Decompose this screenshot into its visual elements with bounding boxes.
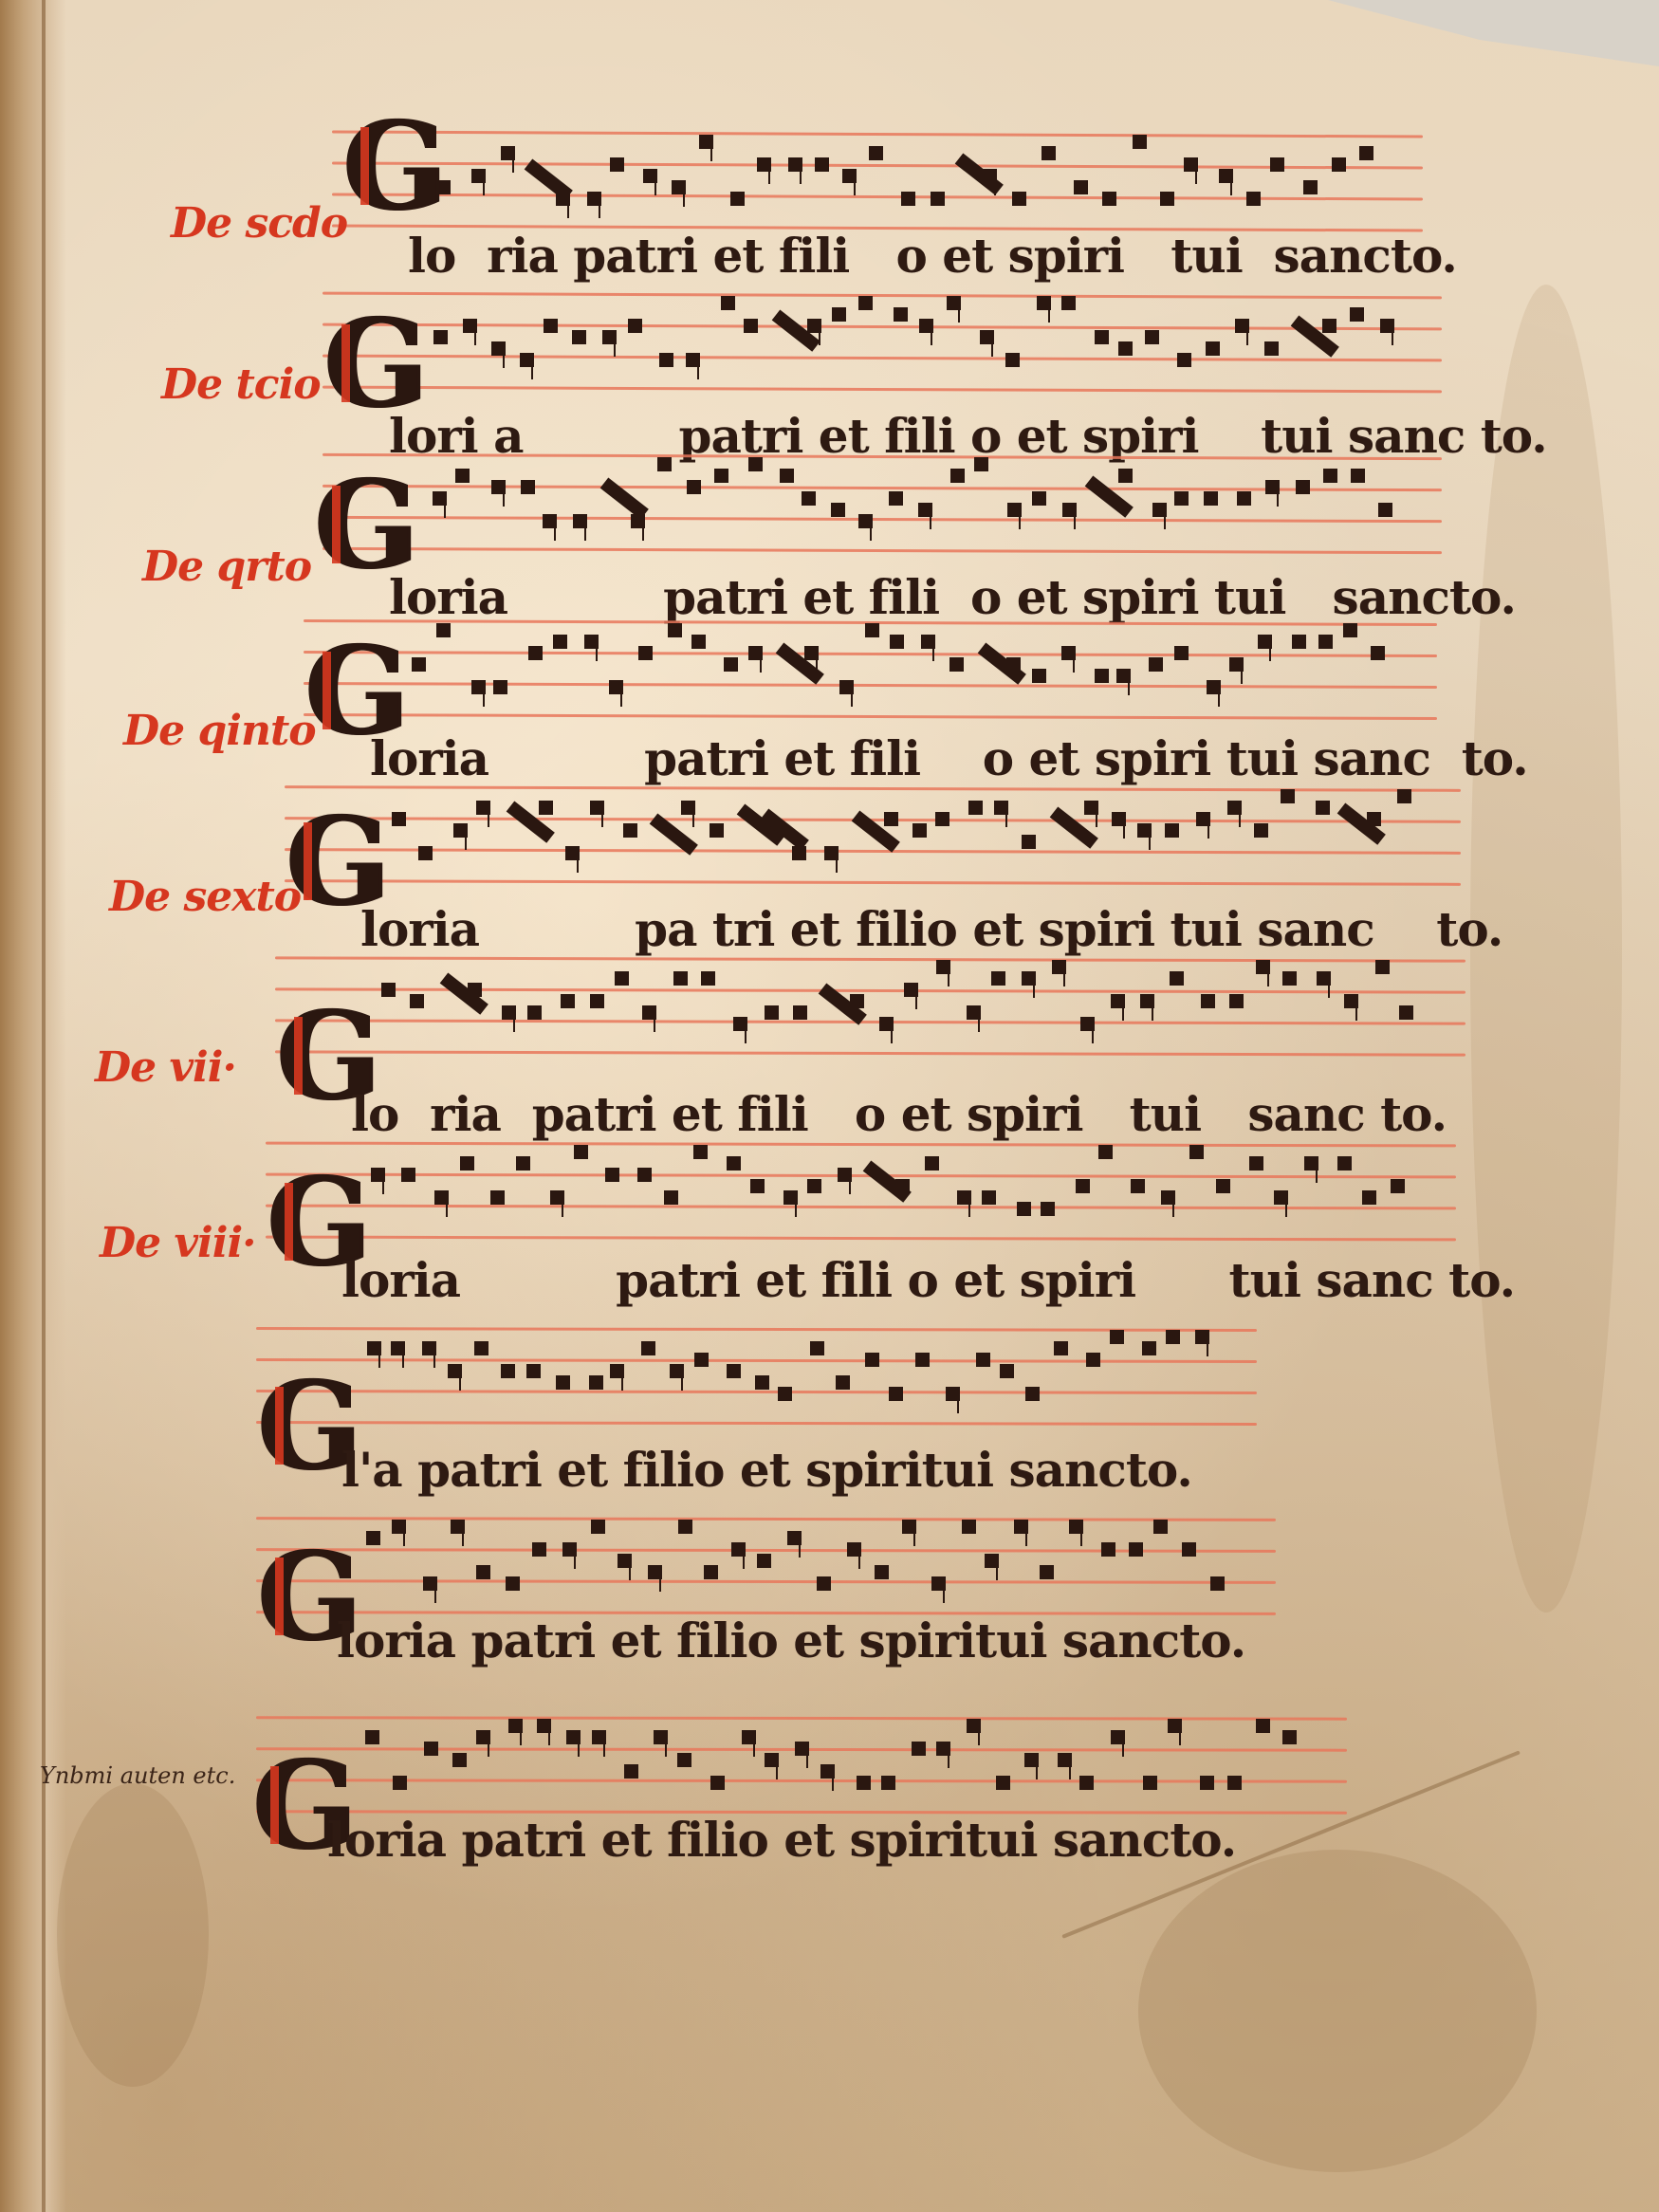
square-neume (1133, 135, 1147, 149)
staff-line (266, 1205, 1456, 1210)
square-neume (452, 1753, 467, 1767)
square-neume (1041, 146, 1056, 160)
square-neume (1200, 1776, 1214, 1790)
square-neume (838, 1168, 852, 1182)
square-neume (623, 823, 637, 838)
staff (323, 294, 1442, 385)
square-neume (1129, 1542, 1143, 1557)
square-neume (668, 623, 682, 637)
square-neume (501, 1364, 515, 1378)
initial-red-stroke (294, 1017, 303, 1095)
square-neume (455, 469, 470, 483)
square-neume (742, 1730, 756, 1744)
square-neume (869, 146, 883, 160)
square-neume (673, 971, 688, 986)
square-neume (1037, 296, 1051, 310)
square-neume (1362, 1190, 1376, 1205)
square-neume (590, 994, 604, 1008)
square-neume (792, 846, 806, 860)
square-neume (865, 1353, 879, 1367)
square-neume (1095, 330, 1109, 344)
square-neume (991, 971, 1005, 986)
square-neume (1166, 1330, 1180, 1344)
square-neume (1227, 1776, 1242, 1790)
square-neume (556, 1375, 570, 1390)
square-neume (1195, 1330, 1209, 1344)
staff-line (256, 1548, 1276, 1553)
square-neume (881, 1776, 895, 1790)
decorated-initial: G (313, 465, 416, 586)
square-neume (865, 623, 879, 637)
square-neume (765, 1005, 779, 1020)
square-neume (1254, 823, 1268, 838)
square-neume (528, 646, 543, 660)
square-neume (795, 1742, 809, 1756)
square-neume (724, 657, 738, 672)
square-neume (1303, 180, 1318, 194)
square-neume (1118, 469, 1133, 483)
square-neume (1227, 801, 1242, 815)
square-neume (889, 491, 903, 506)
square-neume (793, 1005, 807, 1020)
square-neume (931, 1576, 946, 1591)
staff-line (256, 1716, 1347, 1720)
square-neume (433, 491, 447, 506)
square-neume (1323, 469, 1337, 483)
square-neume (1024, 1753, 1039, 1767)
square-neume (755, 1375, 769, 1390)
square-neume (1110, 1330, 1124, 1344)
binding-gutter (0, 0, 66, 2212)
square-neume (609, 680, 623, 694)
square-neume (392, 812, 406, 826)
square-neume (710, 1776, 725, 1790)
square-neume (839, 680, 854, 694)
square-neume (618, 1554, 632, 1568)
square-neume (1079, 1776, 1094, 1790)
square-neume (371, 1168, 385, 1182)
square-neume (493, 680, 507, 694)
square-neume (788, 157, 802, 172)
square-neume (1025, 1387, 1040, 1401)
chant-lyrics: l'a patri et filio et spiritui sancto. (341, 1442, 1192, 1498)
square-neume (410, 994, 424, 1008)
initial-red-stroke (270, 1766, 279, 1844)
square-neume (1022, 835, 1036, 849)
square-neume (453, 823, 468, 838)
square-neume (686, 353, 700, 367)
rubric-mode-label: De qinto (123, 707, 316, 755)
square-neume (436, 623, 451, 637)
square-neume (1249, 1156, 1263, 1171)
square-neume (401, 1168, 415, 1182)
staff-line (266, 1142, 1456, 1148)
square-neume (532, 1542, 546, 1557)
rubric-mode-label: De scdo (171, 199, 347, 248)
square-neume (1080, 1017, 1095, 1031)
square-neume (912, 1742, 926, 1756)
square-neume (950, 469, 965, 483)
square-neume (476, 1565, 490, 1579)
square-neume (1332, 157, 1346, 172)
square-neume (1359, 146, 1373, 160)
square-neume (730, 192, 745, 206)
staff-line (256, 1358, 1257, 1363)
square-neume (1084, 801, 1098, 815)
stain (57, 1783, 209, 2087)
square-neume (879, 1017, 894, 1031)
square-neume (422, 1341, 436, 1355)
square-neume (1196, 812, 1210, 826)
square-neume (490, 1190, 505, 1205)
square-neume (699, 135, 713, 149)
chant-lyrics: loria patri et fili o et spiri tui sanc … (370, 730, 1528, 786)
square-neume (1017, 1202, 1031, 1216)
square-neume (1152, 503, 1167, 517)
square-neume (544, 319, 558, 333)
staff-line (256, 1517, 1276, 1521)
square-neume (424, 1742, 438, 1756)
square-neume (393, 1776, 407, 1790)
initial-red-stroke (341, 324, 350, 402)
square-neume (1318, 635, 1333, 649)
square-neume (537, 1719, 551, 1733)
square-neume (1219, 169, 1233, 183)
square-neume (1007, 503, 1022, 517)
square-neume (1282, 971, 1297, 986)
square-neume (556, 192, 570, 206)
square-neume (1142, 1341, 1156, 1355)
square-neume (1317, 971, 1331, 986)
square-neume (631, 514, 645, 528)
square-neume (1149, 657, 1163, 672)
square-neume (919, 319, 933, 333)
square-neume (566, 1730, 581, 1744)
initial-red-stroke (323, 652, 331, 729)
square-neume (980, 330, 994, 344)
square-neume (1397, 789, 1411, 803)
chant-lyrics: loria patri et filio et spiritui sancto. (327, 1812, 1236, 1868)
staff-line (323, 516, 1442, 523)
square-neume (1160, 192, 1174, 206)
square-neume (1101, 1542, 1115, 1557)
square-neume (628, 319, 642, 333)
square-neume (850, 994, 864, 1008)
square-neume (516, 1156, 530, 1171)
square-neume (677, 1753, 691, 1767)
square-neume (539, 801, 553, 815)
square-neume (804, 646, 819, 660)
square-neume (476, 801, 490, 815)
square-neume (936, 960, 950, 974)
square-neume (572, 330, 586, 344)
square-neume (968, 801, 983, 815)
rubric-mode-label: De vii· (95, 1043, 236, 1092)
ligature-neume (600, 477, 649, 519)
square-neume (520, 353, 534, 367)
staff-line (256, 1390, 1257, 1394)
square-neume (460, 1156, 474, 1171)
square-neume (967, 1719, 981, 1733)
square-neume (1041, 1202, 1055, 1216)
square-neume (1216, 1179, 1230, 1193)
square-neume (1112, 812, 1126, 826)
square-neume (1098, 1145, 1113, 1159)
square-neume (1014, 1520, 1028, 1534)
rubric-mode-label: De qrto (142, 543, 311, 591)
square-neume (925, 1156, 939, 1171)
square-neume (1274, 1190, 1288, 1205)
square-neume (1061, 646, 1076, 660)
square-neume (1012, 192, 1026, 206)
square-neume (1399, 1005, 1413, 1020)
square-neume (858, 296, 873, 310)
square-neume (562, 1542, 577, 1557)
staff (256, 1717, 1347, 1808)
square-neume (1032, 669, 1046, 683)
square-neume (750, 1179, 765, 1193)
square-neume (946, 1387, 960, 1401)
chant-lyrics: lo ria patri et fili o et spiri tui sanc… (351, 1086, 1447, 1142)
square-neume (783, 1190, 798, 1205)
square-neume (624, 1764, 638, 1779)
square-neume (1189, 1145, 1204, 1159)
square-neume (857, 1776, 871, 1790)
square-neume (412, 657, 426, 672)
square-neume (744, 319, 758, 333)
square-neume (367, 1341, 381, 1355)
staff-line (332, 161, 1423, 169)
square-neume (931, 192, 945, 206)
square-neume (1351, 469, 1365, 483)
staff-line (304, 651, 1437, 657)
square-neume (1201, 994, 1215, 1008)
square-neume (949, 657, 964, 672)
initial-red-stroke (332, 486, 341, 563)
square-neume (366, 1531, 380, 1545)
staff-line (275, 956, 1465, 962)
square-neume (733, 1017, 747, 1031)
square-neume (1322, 319, 1336, 333)
square-neume (670, 1364, 684, 1378)
square-neume (1040, 1565, 1054, 1579)
chant-lyrics: lo ria patri et fili o et spiri tui sanc… (408, 228, 1457, 284)
square-neume (521, 480, 535, 494)
square-neume (657, 457, 672, 471)
square-neume (1174, 646, 1189, 660)
square-neume (605, 1168, 619, 1182)
manuscript-page: De scdoGlo ria patri et fili o et spiri … (0, 0, 1659, 2212)
square-neume (1258, 635, 1272, 649)
square-neume (780, 469, 794, 483)
staff-line (256, 1579, 1276, 1584)
staff-line (332, 130, 1423, 138)
square-neume (1281, 789, 1295, 803)
square-neume (610, 157, 624, 172)
square-neume (1237, 491, 1251, 506)
square-neume (731, 1542, 746, 1557)
square-neume (807, 1179, 821, 1193)
square-neume (1131, 1179, 1145, 1193)
square-neume (802, 491, 816, 506)
square-neume (858, 514, 873, 528)
square-neume (1058, 1753, 1072, 1767)
square-neume (1378, 503, 1392, 517)
square-neume (912, 823, 927, 838)
square-neume (1184, 157, 1198, 172)
square-neume (1116, 669, 1131, 683)
square-neume (1207, 680, 1221, 694)
square-neume (847, 1542, 861, 1557)
square-neume (1177, 353, 1191, 367)
square-neume (1145, 330, 1159, 344)
square-neume (553, 635, 567, 649)
staff (256, 1518, 1276, 1609)
square-neume (678, 1520, 692, 1534)
staff (332, 133, 1423, 224)
square-neume (463, 319, 477, 333)
square-neume (1005, 353, 1020, 367)
square-neume (641, 1341, 655, 1355)
square-neume (1095, 669, 1109, 683)
decorated-initial: G (341, 106, 445, 228)
square-neume (589, 1375, 603, 1390)
staff (275, 958, 1465, 1049)
square-neume (391, 1341, 405, 1355)
square-neume (1111, 994, 1125, 1008)
square-neume (967, 1005, 981, 1020)
staff-line (285, 879, 1461, 886)
square-neume (561, 994, 575, 1008)
square-neume (895, 1179, 910, 1193)
square-neume (935, 812, 949, 826)
square-neume (1168, 1719, 1182, 1733)
square-neume (648, 1565, 662, 1579)
square-neume (765, 1753, 779, 1767)
square-neume (1111, 1730, 1125, 1744)
square-neume (1229, 657, 1244, 672)
square-neume (1343, 623, 1357, 637)
staff-line (323, 323, 1442, 331)
square-neume (448, 1364, 462, 1378)
square-neume (1062, 503, 1077, 517)
square-neume (476, 1730, 490, 1744)
chant-lyrics: loria patri et filio et spiritui sancto. (337, 1613, 1245, 1668)
square-neume (474, 1341, 488, 1355)
square-neume (918, 503, 932, 517)
square-neume (1170, 971, 1184, 986)
square-neume (836, 1375, 850, 1390)
initial-red-stroke (304, 822, 312, 900)
square-neume (778, 1387, 792, 1401)
square-neume (1137, 823, 1152, 838)
staff (256, 1328, 1257, 1419)
square-neume (974, 457, 988, 471)
square-neume (1371, 646, 1385, 660)
staff-line (275, 1019, 1465, 1024)
square-neume (962, 1520, 976, 1534)
initial-red-stroke (275, 1387, 284, 1465)
square-neume (365, 1730, 379, 1744)
square-neume (1367, 812, 1381, 826)
square-neume (1265, 480, 1280, 494)
square-neume (1375, 960, 1390, 974)
square-neume (1229, 994, 1244, 1008)
staff-line (266, 1236, 1456, 1242)
staff (323, 455, 1442, 546)
square-neume (491, 341, 506, 356)
square-neume (894, 307, 908, 322)
square-neume (610, 1364, 624, 1378)
square-neume (642, 1005, 656, 1020)
square-neume (1143, 1776, 1157, 1790)
square-neume (550, 1190, 564, 1205)
square-neume (654, 1730, 668, 1744)
square-neume (471, 680, 486, 694)
square-neume (1206, 341, 1220, 356)
square-neume (710, 823, 724, 838)
square-neume (1380, 319, 1394, 333)
square-neume (637, 1168, 652, 1182)
square-neume (434, 1190, 449, 1205)
square-neume (1086, 1353, 1100, 1367)
square-neume (659, 353, 673, 367)
square-neume (1292, 635, 1306, 649)
square-neume (1102, 192, 1116, 206)
square-neume (1076, 1179, 1090, 1193)
square-neume (1061, 296, 1076, 310)
square-neume (832, 307, 846, 322)
square-neume (574, 1145, 588, 1159)
square-neume (901, 192, 915, 206)
square-neume (889, 1387, 903, 1401)
square-neume (468, 983, 482, 997)
square-neume (638, 646, 653, 660)
rubric-mode-label: De viii· (100, 1219, 256, 1267)
staff-line (266, 1173, 1456, 1179)
square-neume (957, 1190, 971, 1205)
square-neume (381, 983, 396, 997)
square-neume (1256, 960, 1270, 974)
rubric-mode-label: De sexto· (109, 873, 314, 921)
staff-line (256, 1421, 1257, 1426)
square-neume (501, 146, 515, 160)
square-neume (687, 480, 701, 494)
square-neume (433, 330, 448, 344)
square-neume (831, 503, 845, 517)
square-neume (1344, 994, 1358, 1008)
square-neume (704, 1565, 718, 1579)
square-neume (810, 1341, 824, 1355)
square-neume (1165, 823, 1179, 838)
square-neume (1069, 1520, 1083, 1534)
staff-line (323, 292, 1442, 300)
square-neume (982, 1190, 996, 1205)
square-neume (976, 1353, 990, 1367)
square-neume (904, 983, 918, 997)
square-neume (1161, 1190, 1175, 1205)
square-neume (787, 1531, 802, 1545)
square-neume (875, 1565, 889, 1579)
square-neume (842, 169, 857, 183)
staff (304, 621, 1437, 712)
square-neume (506, 1576, 520, 1591)
square-neume (592, 1730, 606, 1744)
square-neume (985, 1554, 999, 1568)
staff-line (323, 547, 1442, 554)
square-neume (418, 846, 433, 860)
square-neume (817, 1576, 831, 1591)
